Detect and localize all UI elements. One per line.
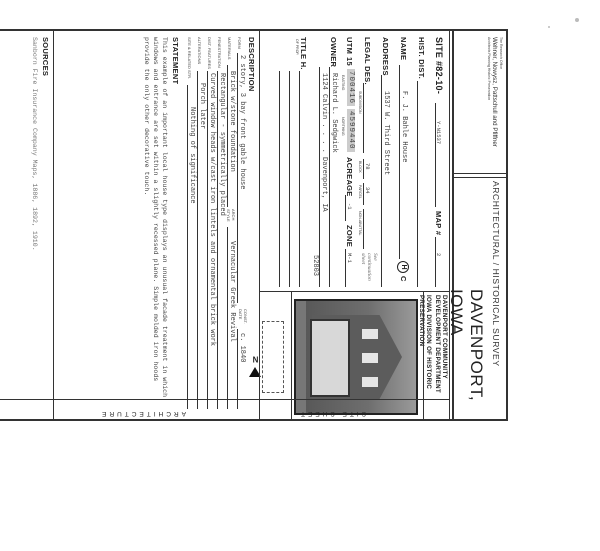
site-related-value: Nothing of significance bbox=[188, 107, 196, 204]
firm-name: Wehner, Nowysz, Pattschull and Pfiffner bbox=[491, 37, 498, 171]
zone-label: ZONE bbox=[345, 225, 354, 247]
firm-block: The Research Office Wehner, Nowysz, Patt… bbox=[487, 37, 503, 171]
survey-form-sheet: The Research Office Wehner, Nowysz, Patt… bbox=[0, 29, 508, 421]
utm-label: UTM bbox=[345, 37, 354, 54]
utm-easting: 700416 bbox=[347, 69, 355, 106]
materials-value: Brick w/stone foundation bbox=[228, 71, 236, 172]
footer-site-sheet: SITE SHEET bbox=[298, 410, 366, 417]
zone-value: M-1 bbox=[346, 253, 353, 263]
arch-style-label: ARCH STYLE bbox=[226, 209, 236, 225]
form-value: 2 story, 3 bay front gable house bbox=[238, 55, 246, 189]
map-label: MAP # bbox=[434, 211, 443, 235]
utm-easting-label: EASTING bbox=[341, 75, 345, 90]
legal-continuation-note: See continuation sheet bbox=[360, 253, 378, 289]
materials-label: MATERIALS bbox=[227, 37, 232, 59]
acreage-value: -1 bbox=[346, 203, 353, 210]
house-photo bbox=[294, 299, 418, 415]
north-label: N bbox=[253, 355, 259, 364]
sources-text: Sanborn Fire Insurance Company Maps, 188… bbox=[31, 37, 38, 251]
legal-block: 78 bbox=[364, 163, 371, 170]
legal-subdivision-label: SUBDIVISION bbox=[358, 91, 362, 114]
owner-zip: 52803 bbox=[311, 255, 319, 276]
name-value: F. J. Bahle House bbox=[400, 91, 408, 162]
fenestration-value: Rectangular - symmetrically placed bbox=[218, 73, 226, 216]
survey-title: ARCHITECTURAL / HISTORICAL SURVEY bbox=[491, 181, 501, 367]
form-label: FORM bbox=[237, 37, 242, 49]
utm-northing-label: NORTHING bbox=[341, 117, 345, 136]
site-related-label: SITE & RELATED STR. bbox=[187, 37, 192, 79]
legal-des-label: LEGAL DES. bbox=[363, 37, 372, 85]
owner-address: 1124 Calvin . . . . Davenport, IA bbox=[320, 73, 328, 212]
dept-line-1: DAVENPORT COMMUNITY DEVELOPMENT DEPARTME… bbox=[434, 295, 448, 421]
firm-small-label: The Research Office bbox=[499, 37, 503, 171]
legal-nonabuttal-label: NON-ABUTTAL bbox=[358, 211, 362, 235]
owner-label: OWNER bbox=[329, 37, 338, 67]
alterations-label: ALTERATIONS bbox=[197, 37, 202, 64]
statement-heading: STATEMENT bbox=[171, 37, 180, 84]
historic-mark-h[interactable]: H bbox=[397, 261, 409, 273]
city-title: DAVENPORT, IOWA bbox=[446, 289, 486, 419]
utm-northing: 4599440 bbox=[347, 109, 355, 152]
footer-architecture: ARCHITECTURE bbox=[99, 410, 186, 417]
historic-mark-c[interactable]: C bbox=[399, 276, 408, 282]
dept-line-2: IOWA DIVISION OF HISTORIC PRESERVATION bbox=[418, 295, 432, 421]
utm-zone-number: 15 bbox=[345, 57, 354, 66]
sources-heading: SOURCES bbox=[41, 37, 50, 76]
acreage-label: ACREAGE bbox=[345, 157, 354, 197]
const-date-label: CONST. DATE bbox=[238, 309, 248, 327]
site-plan-sketch bbox=[262, 321, 284, 393]
scan-speck bbox=[548, 26, 550, 28]
features-label: DIST. FEATURES bbox=[207, 37, 212, 69]
statement-text: This example of an important local house… bbox=[142, 37, 169, 409]
site-label: SITE #82-10- bbox=[434, 37, 444, 94]
address-label: ADDRESS bbox=[381, 37, 390, 76]
hist-dist-label: HIST. DIST. bbox=[417, 37, 426, 79]
arch-style-value: Vernacular Greek Revival bbox=[228, 241, 236, 342]
map-value: 2 bbox=[435, 253, 442, 256]
owner-name: Richard L. Sedgwick bbox=[330, 73, 338, 153]
legal-parcel-label: PARCEL bbox=[358, 185, 362, 199]
description-heading: DESCRIPTION bbox=[247, 37, 256, 92]
legal-block-label: BLOCK bbox=[358, 161, 362, 173]
const-date-value: c. 1840 bbox=[238, 333, 246, 362]
fenestration-label: FENESTRATION bbox=[217, 37, 222, 68]
site-value: Y-N1537 bbox=[435, 121, 442, 144]
name-label: NAME bbox=[399, 37, 408, 60]
title-label: TITLE H. bbox=[299, 37, 308, 70]
legal-parcel: 34 bbox=[364, 187, 371, 194]
features-value: Curved window heads w/cast iron lintels … bbox=[208, 73, 216, 346]
alterations-value: Porch later bbox=[198, 83, 206, 129]
scan-speck bbox=[575, 18, 579, 22]
title-sublabel: OF PROP. bbox=[295, 39, 299, 55]
address-value: 1537 W. Third Street bbox=[382, 91, 390, 175]
